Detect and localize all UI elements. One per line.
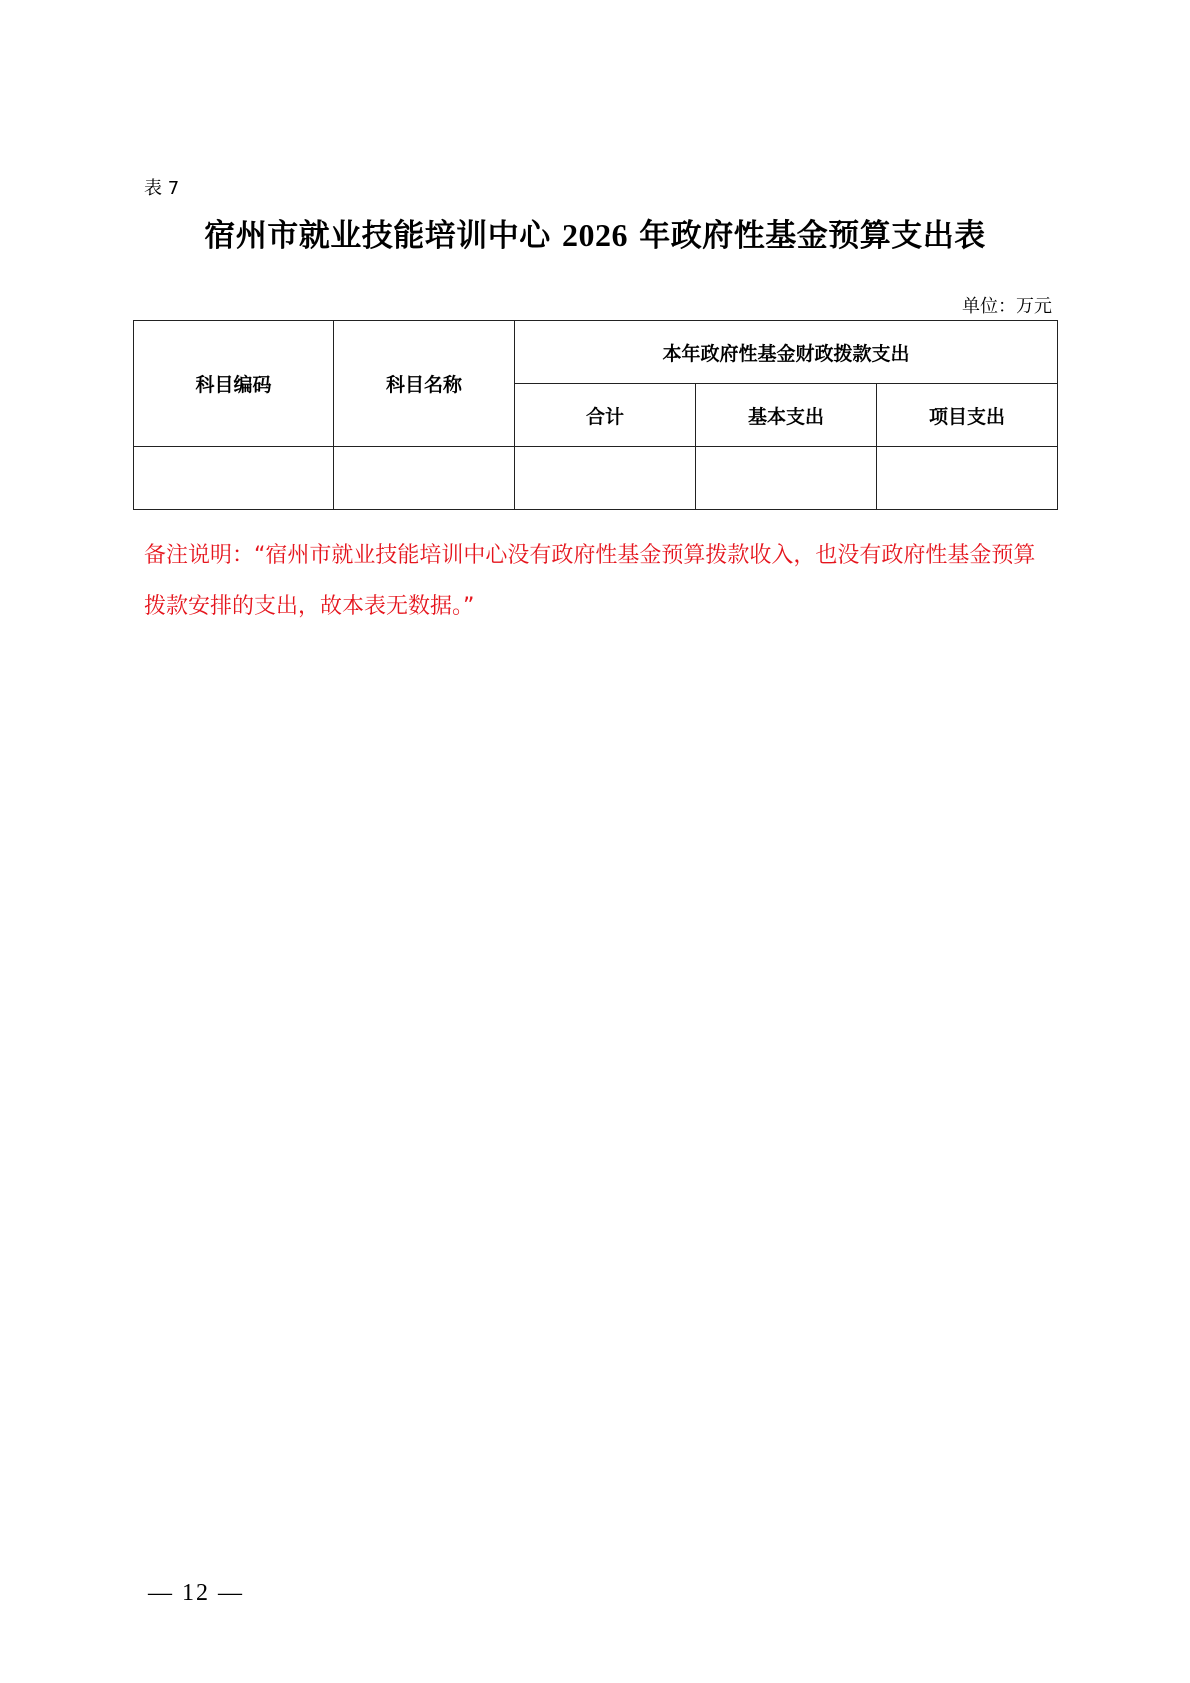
header-row-1: 科目编码 科目名称 本年政府性基金财政拨款支出 [134, 321, 1058, 384]
header-total: 合计 [515, 384, 696, 447]
page-number: — 12 — [148, 1580, 244, 1607]
header-subject-name: 科目名称 [334, 321, 515, 447]
unit-label: 单位：万元 [962, 292, 1052, 318]
header-subject-code: 科目编码 [134, 321, 334, 447]
header-group: 本年政府性基金财政拨款支出 [515, 321, 1058, 384]
table-row [134, 447, 1058, 510]
title-suffix: 年政府性基金预算支出表 [639, 218, 986, 254]
page-title: 宿州市就业技能培训中心 2026 年政府性基金预算支出表 [0, 210, 1190, 255]
budget-table: 科目编码 科目名称 本年政府性基金财政拨款支出 合计 基本支出 项目支出 [133, 320, 1058, 510]
cell-total [515, 447, 696, 510]
remark-note: 备注说明：“宿州市就业技能培训中心没有政府性基金预算拨款收入，也没有政府性基金预… [144, 530, 1044, 632]
cell-subject-code [134, 447, 334, 510]
cell-subject-name [334, 447, 515, 510]
title-prefix: 宿州市就业技能培训中心 [204, 218, 551, 254]
header-project: 项目支出 [877, 384, 1058, 447]
table-label: 表 7 [144, 174, 179, 200]
header-basic: 基本支出 [696, 384, 877, 447]
cell-basic [696, 447, 877, 510]
cell-project [877, 447, 1058, 510]
title-year: 2026 [562, 217, 628, 253]
